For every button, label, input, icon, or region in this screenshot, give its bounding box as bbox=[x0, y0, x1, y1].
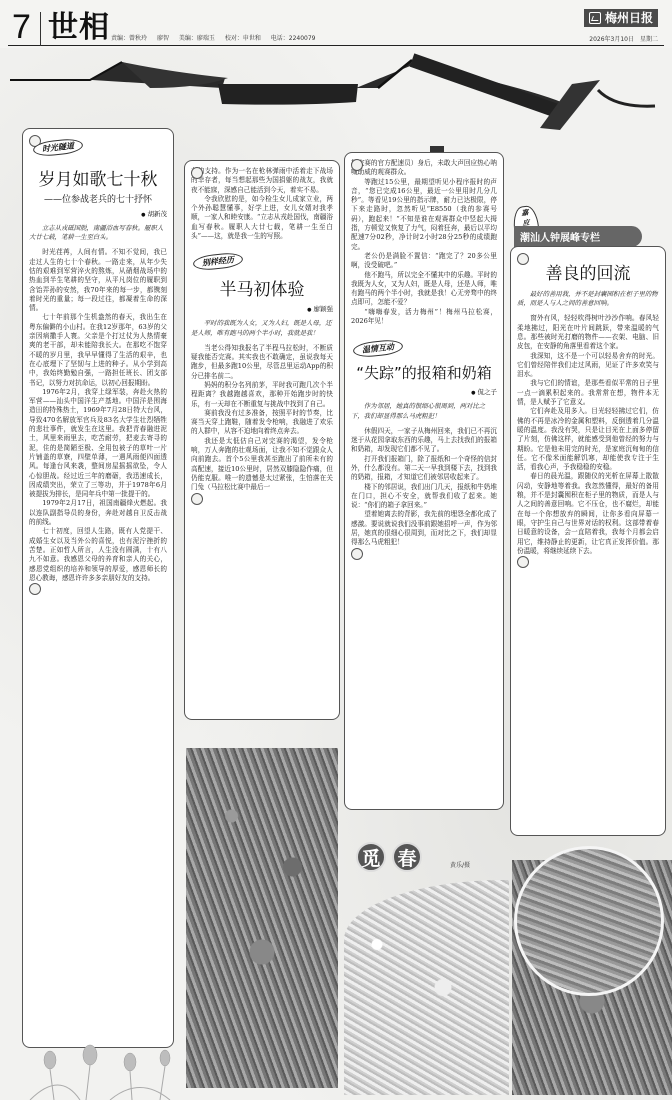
article-lede: 最好的善用栽，并不是封囊园积在柜子里的物质，而是人与人之间的善意回响。 bbox=[517, 290, 659, 308]
column-tag: 别样经历 bbox=[193, 249, 333, 269]
article-missing-boxes: 批完赛的官方配速员）身后，未敢大声回应热心呐喊助威的观赛群众。 等跑过15公里，… bbox=[344, 152, 504, 810]
article-byline: 侃之子 bbox=[351, 387, 497, 396]
masthead: 7 世相 责编：曾秋玲 廖智 美编：廖瑞玉 校对：申世和 电话：2240079 … bbox=[8, 6, 664, 46]
newspaper-logo: 梅州日报 bbox=[584, 9, 658, 27]
article-body: 窗外有风，轻轻吹得树叶沙沙作响。春风轻柔地拂过，阳光在叶片间跳跃，带来温暖的气息… bbox=[517, 314, 659, 556]
photo-title-char-2: 春 bbox=[392, 842, 422, 872]
editor-credits: 责编：曾秋玲 廖智 美编：廖瑞玉 校对：申世和 电话：2240079 bbox=[111, 33, 323, 42]
photo-credit: 黄乐/摄 bbox=[450, 860, 470, 869]
article-half-marathon: 友的支持。作为一名在枪林弹雨中活着走下战场的幸存者，每当想起那些为国捐躯的战友，… bbox=[184, 160, 340, 720]
article-byline: 廖颖强 bbox=[191, 304, 333, 313]
article-lede: 立志从戎砥国脱，南疆浴血写春秋。履职人大廿七载，笔耕一生至白头。 bbox=[29, 224, 167, 242]
article-title: 岁月如歌七十秋 bbox=[29, 165, 167, 190]
newspaper-page: 7 世相 责编：曾秋玲 廖智 美编：廖瑞玉 校对：申世和 电话：2240079 … bbox=[0, 0, 672, 1100]
column-tag: 时光隧道 bbox=[33, 135, 167, 155]
spring-photo-trees-path bbox=[186, 748, 338, 1088]
veteran-memoir-continuation: 友的支持。作为一名在枪林弹雨中活着走下战场的幸存者，每当想起那些为国捐躯的战友，… bbox=[191, 167, 333, 241]
article-byline: 胡新茂 bbox=[29, 209, 167, 218]
spring-blossom-photo bbox=[344, 880, 509, 1095]
article-title: 半马初体验 bbox=[191, 275, 333, 300]
ink-roof-illustration bbox=[0, 50, 672, 130]
article-lede: 作为邻居，她真的很细心很周到，两对比之下，我们却显得那么马虎粗犯！ bbox=[351, 402, 497, 420]
article-title: 善良的回流 bbox=[517, 259, 659, 284]
circle-frame bbox=[514, 846, 664, 996]
columnist-banner: 潮汕人钟展峰专栏 bbox=[514, 226, 642, 247]
masthead-divider bbox=[40, 12, 41, 46]
article-body: 当老公得知我报名了半程马拉松时，不断质疑我能否完赛。其实我也不敢确定，虽说我每天… bbox=[191, 344, 333, 493]
flower-illustration bbox=[20, 1040, 180, 1100]
half-marathon-continuation: 批完赛的官方配速员）身后，未敢大声回应热心呐喊助威的观赛群众。 等跑过15公里，… bbox=[351, 159, 497, 326]
article-title: “失踪”的报箱和奶箱 bbox=[351, 362, 497, 383]
article-lede: 平时的我既为人女，又为人妇，既是人母，还是人师，唯有跑马的两个半小时，我就是我！ bbox=[191, 319, 333, 337]
article-veteran-memoir: 时光隧道 岁月如歌七十秋 ——位参战老兵的七十抒怀 胡新茂 立志从戎砥国脱，南疆… bbox=[22, 128, 174, 1048]
article-subtitle: ——位参战老兵的七十抒怀 bbox=[29, 192, 167, 205]
photo-title-char-1: 觅 bbox=[356, 842, 386, 872]
article-body: 休假四天，一家子从梅州回来，我们已不再沉迷于从花园拿取东西的乐趣，马上去找我们的… bbox=[351, 427, 497, 548]
section-title: 世相 bbox=[48, 11, 110, 45]
plum-logo-icon bbox=[589, 12, 601, 24]
column-tag: 温情互动 bbox=[353, 336, 497, 356]
article-body: 时光荏苒，人间有情。不知不觉间，我已走过人生的七十个春秋。一路走来，从年少失怙的… bbox=[29, 248, 167, 583]
publication-date: 2026年3月10日星期二 bbox=[583, 34, 658, 43]
article-kindness: 善良的回流 最好的善用栽，并不是封囊园积在柜子里的物质，而是人与人之间的善意回响… bbox=[510, 246, 666, 836]
page-number: 7 bbox=[12, 10, 31, 44]
